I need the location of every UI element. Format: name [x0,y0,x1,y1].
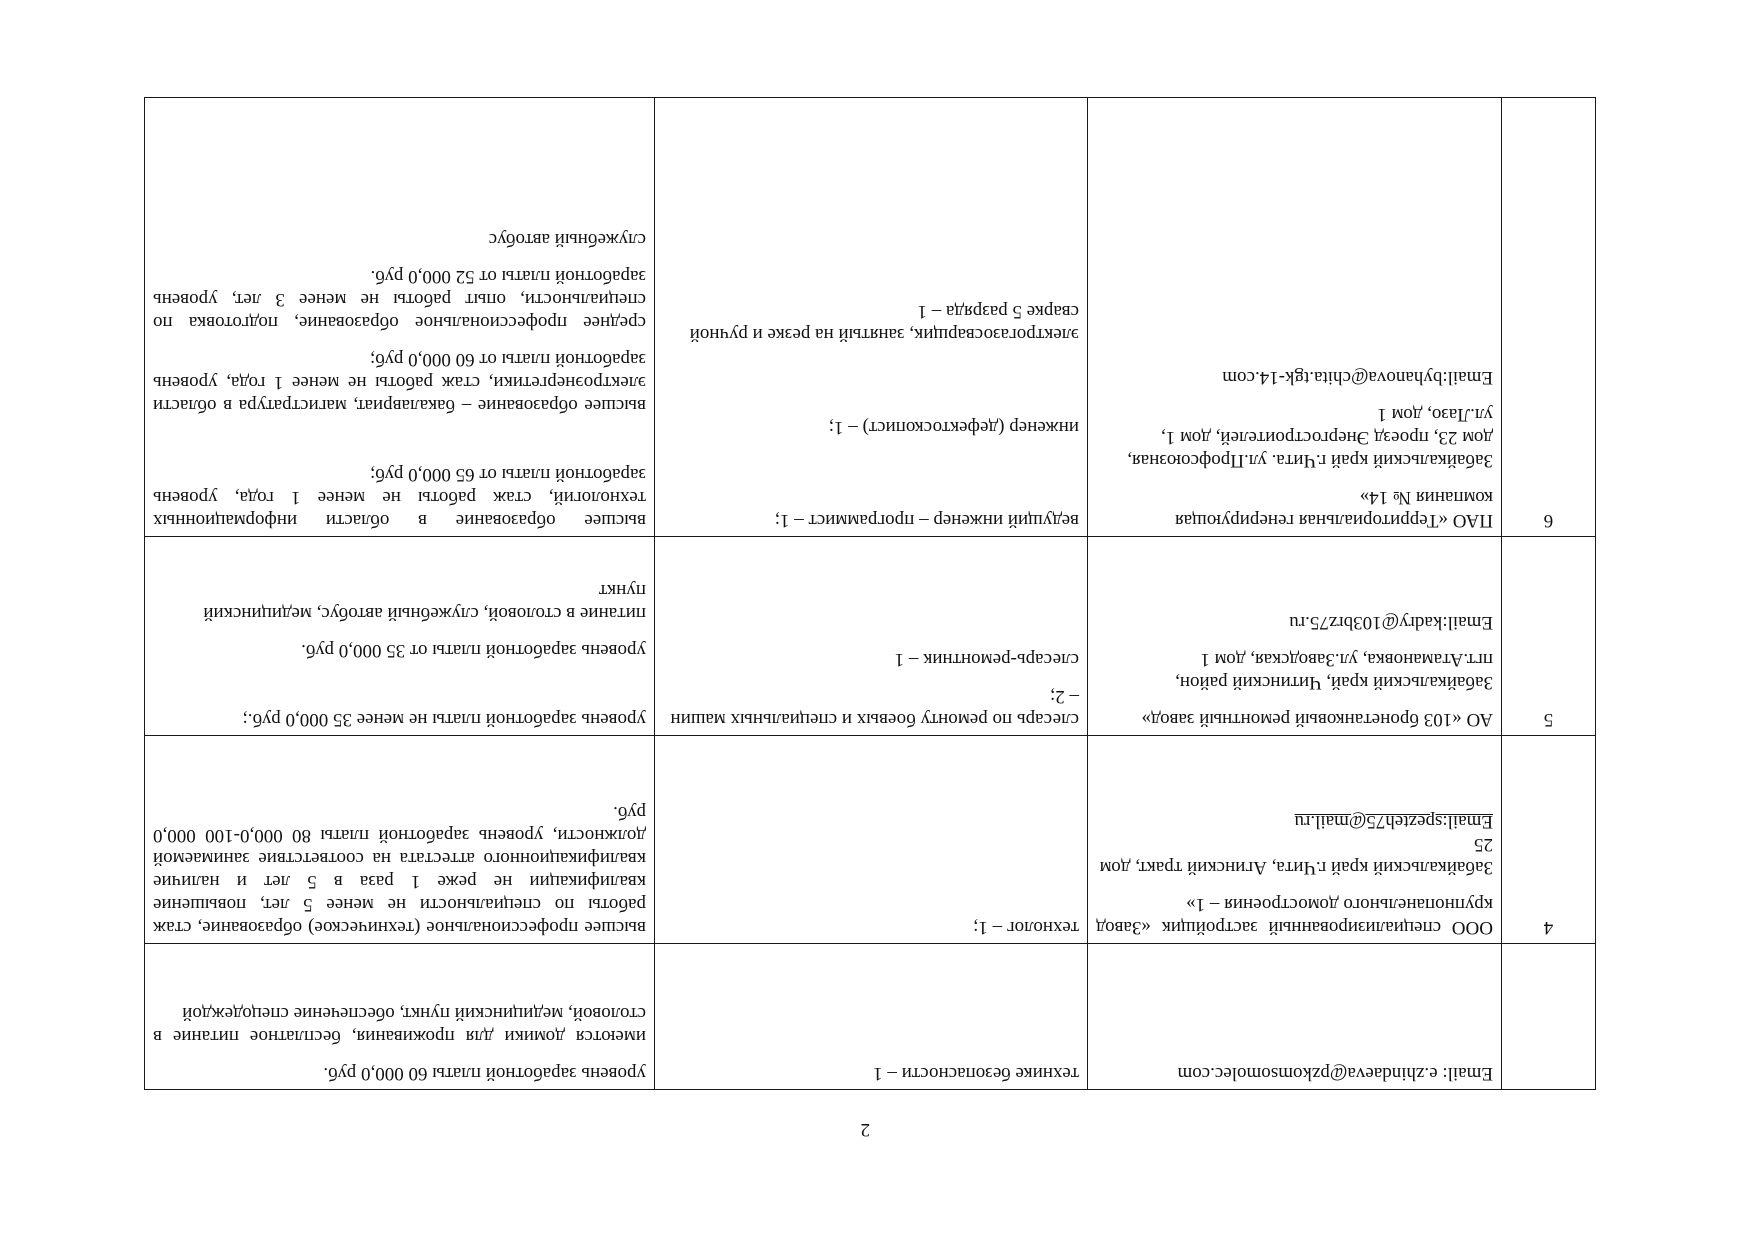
organization-email: Email:byhanova@chita.tgk-14.com [1096,366,1493,389]
profession-item: электрогазосварщик, занятый на резке и р… [663,300,1079,346]
organization-name: ООО специализированный застройщик «Завод… [1096,893,1493,939]
requirement-item: высшее образование в области информацион… [153,463,646,532]
organization-name: АО «103 бронетанковый ремонтный завод» [1096,708,1493,731]
organization-address: Забайкальский край г.Чита. ул.Профсоюзна… [1096,403,1493,472]
document-page: 2 Email: e.zhindaeva@pzkomsomolec.com те… [0,0,1754,1240]
profession-item: технике безопасности – 1 [663,1062,1079,1085]
organization-email: Email:kadry@103brz75.ru [1096,611,1493,634]
profession-item: слесарь-ремонтник – 1 [663,648,1079,671]
requirement-item: питание в столовой, служебный автобус, м… [153,579,646,625]
requirement-item: служебный автобус [153,228,646,251]
organization-address: Забайкальский край г.Чита, Агинский трак… [1096,833,1493,879]
requirement-item: имеются домики для проживания, бесплатно… [153,1002,646,1048]
table-row: 4 ООО специализированный застройщик «Зав… [145,736,1596,944]
requirements-cell: уровень заработной платы 60 000,0 руб. и… [145,944,655,1090]
row-number: 6 [1502,98,1596,537]
page-number: 2 [861,1118,871,1140]
vacancies-table: Email: e.zhindaeva@pzkomsomolec.com техн… [144,97,1596,1090]
requirements-cell: высшее образование в области информацион… [145,98,655,537]
professions-cell: технолог – 1; [655,736,1088,944]
requirement-item: уровень заработной платы от 35 000,0 руб… [153,639,646,662]
professions-cell: ведущий инженер – программист – 1; инжен… [655,98,1088,537]
organization-address: Забайкальский край, Читинский район, пгт… [1096,648,1493,694]
requirement-item: среднее профессиональное образование, по… [153,265,646,334]
row-number: 4 [1502,736,1596,944]
requirements-cell: уровень заработной платы не менее 35 000… [145,537,655,736]
table-row: 5 АО «103 бронетанковый ремонтный завод»… [145,537,1596,736]
organization-cell: АО «103 бронетанковый ремонтный завод» З… [1088,537,1502,736]
requirements-cell: высшее профессиональное (техническое) об… [145,736,655,944]
table-row: 6 ПАО «Территориальная генерирующая комп… [145,98,1596,537]
requirement-item: высшее образование – бакалавриат, магист… [153,348,646,417]
professions-cell: технике безопасности – 1 [655,944,1088,1090]
profession-item: инженер (дефектоскопист) – 1; [663,416,1079,439]
professions-cell: слесарь по ремонту боевых и специальных … [655,537,1088,736]
organization-cell: Email: e.zhindaeva@pzkomsomolec.com [1088,944,1502,1090]
profession-item: слесарь по ремонту боевых и специальных … [663,685,1079,731]
organization-email: Email:spezteh75@mail.ru [1096,810,1493,833]
table-row: Email: e.zhindaeva@pzkomsomolec.com техн… [145,944,1596,1090]
row-number: 5 [1502,537,1596,736]
requirement-item: уровень заработной платы не менее 35 000… [153,708,646,731]
requirement-item: уровень заработной платы 60 000,0 руб. [153,1062,646,1085]
organization-name: ПАО «Территориальная генерирующая компан… [1096,486,1493,532]
profession-item: технолог – 1; [663,916,1079,939]
requirement-item: высшее профессиональное (техническое) об… [153,801,646,939]
organization-email: Email: e.zhindaeva@pzkomsomolec.com [1096,1062,1493,1085]
row-number [1502,944,1596,1090]
organization-cell: ПАО «Территориальная генерирующая компан… [1088,98,1502,537]
profession-item: ведущий инженер – программист – 1; [663,509,1079,532]
organization-cell: ООО специализированный застройщик «Завод… [1088,736,1502,944]
